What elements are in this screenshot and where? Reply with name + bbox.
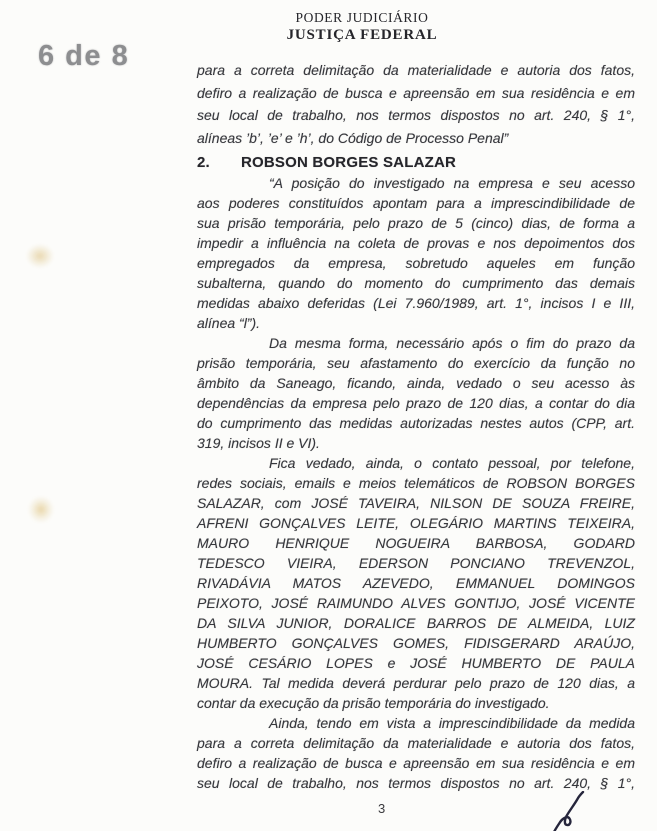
text-line: prisão temporária, seu afastamento do ex…	[197, 353, 635, 373]
text-line: DA SILVA JUNIOR, DORALICE BARROS DE ALME…	[197, 613, 635, 633]
paragraph: Ainda, tendo em vista a imprescindibilid…	[197, 713, 635, 793]
text-line: MAURO HENRIQUE NOGUEIRA BARBOSA, GODARD	[197, 533, 635, 553]
text-line: empregados da empresa, sobretudo aqueles…	[197, 253, 635, 273]
text-line: seu local de trabalho, nos termos dispos…	[197, 104, 635, 127]
text-line: Da mesma forma, necessário após o fim do…	[197, 333, 635, 353]
text-line: Fica vedado, ainda, o contato pessoal, p…	[197, 453, 635, 473]
text-line: SALAZAR, com JOSÉ TAVEIRA, NILSON DE SOU…	[197, 493, 635, 513]
text-line: AFRENI GONÇALVES LEITE, OLEGÁRIO MARTINS…	[197, 513, 635, 533]
text-line: medidas abaixo deferidas (Lei 7.960/1989…	[197, 293, 635, 313]
text-line: PEIXOTO, JOSÉ RAIMUNDO ALVES GONTIJO, JO…	[197, 593, 635, 613]
text-line: para a correta delimitação da materialid…	[197, 59, 635, 82]
document-body: para a correta delimitação da materialid…	[197, 59, 635, 793]
text-line: TEDESCO VIEIRA, EDERSON PONCIANO TREVENZ…	[197, 553, 635, 573]
paragraph: “A posição do investigado na empresa e s…	[197, 173, 635, 333]
text-line: aos poderes constituídos apontam para a …	[197, 193, 635, 213]
text-line: RIVADÁVIA MATOS AZEVEDO, EMMANUEL DOMING…	[197, 573, 635, 593]
court-header-line2: JUSTIÇA FEDERAL	[127, 27, 597, 44]
court-header-line1: PODER JUDICIÁRIO	[127, 10, 597, 26]
signature-stroke	[550, 791, 590, 831]
document-page: PODER JUDICIÁRIO JUSTIÇA FEDERAL 6 de 8 …	[0, 0, 657, 831]
text-line: alínea “l”).	[197, 313, 635, 333]
text-line: para a correta delimitação da materialid…	[197, 733, 635, 753]
text-line: MOURA. Tal medida deverá perdurar pelo p…	[197, 673, 635, 693]
text-line: impedir a influência na coleta de provas…	[197, 233, 635, 253]
text-line: dependências da empresa pelo prazo de 12…	[197, 393, 635, 413]
text-line: redes sociais, emails e meios telemático…	[197, 473, 635, 493]
paper-stain	[26, 244, 54, 268]
page-counter-label: 6 de 8	[38, 40, 129, 73]
text-line: 319, incisos II e VI).	[197, 433, 635, 453]
paragraph: para a correta delimitação da materialid…	[197, 59, 635, 149]
text-line: JOSÉ CESÁRIO LOPES e JOSÉ HUMBERTO DE PA…	[197, 653, 635, 673]
paper-stain	[28, 496, 54, 523]
text-line: HUMBERTO GONÇALVES GOMES, FIDISGERARD AR…	[197, 633, 635, 653]
text-line: do cumprimento das medidas autorizadas n…	[197, 413, 635, 433]
section-heading: 2.ROBSON BORGES SALAZAR	[197, 153, 635, 173]
text-line: Ainda, tendo em vista a imprescindibilid…	[197, 713, 635, 733]
court-header: PODER JUDICIÁRIO JUSTIÇA FEDERAL	[127, 10, 597, 44]
text-line: âmbito da Saneago, ficando, ainda, vedad…	[197, 373, 635, 393]
paragraph: Fica vedado, ainda, o contato pessoal, p…	[197, 453, 635, 713]
paragraph: Da mesma forma, necessário após o fim do…	[197, 333, 635, 453]
text-line: defiro a realização de busca e apreensão…	[197, 753, 635, 773]
text-line: sua prisão temporária, pelo prazo de 5 (…	[197, 213, 635, 233]
text-line: “A posição do investigado na empresa e s…	[197, 173, 635, 193]
text-line: contar da execução da prisão temporária …	[197, 693, 635, 713]
text-line: subalterna, quando do momento do cumprim…	[197, 273, 635, 293]
section-title: ROBSON BORGES SALAZAR	[241, 153, 456, 173]
page-number: 3	[378, 801, 385, 816]
text-line: defiro a realização de busca e apreensão…	[197, 82, 635, 105]
text-line: alíneas ’b’, ’e’ e ’h’, do Código de Pro…	[197, 127, 635, 150]
section-number: 2.	[197, 153, 241, 173]
